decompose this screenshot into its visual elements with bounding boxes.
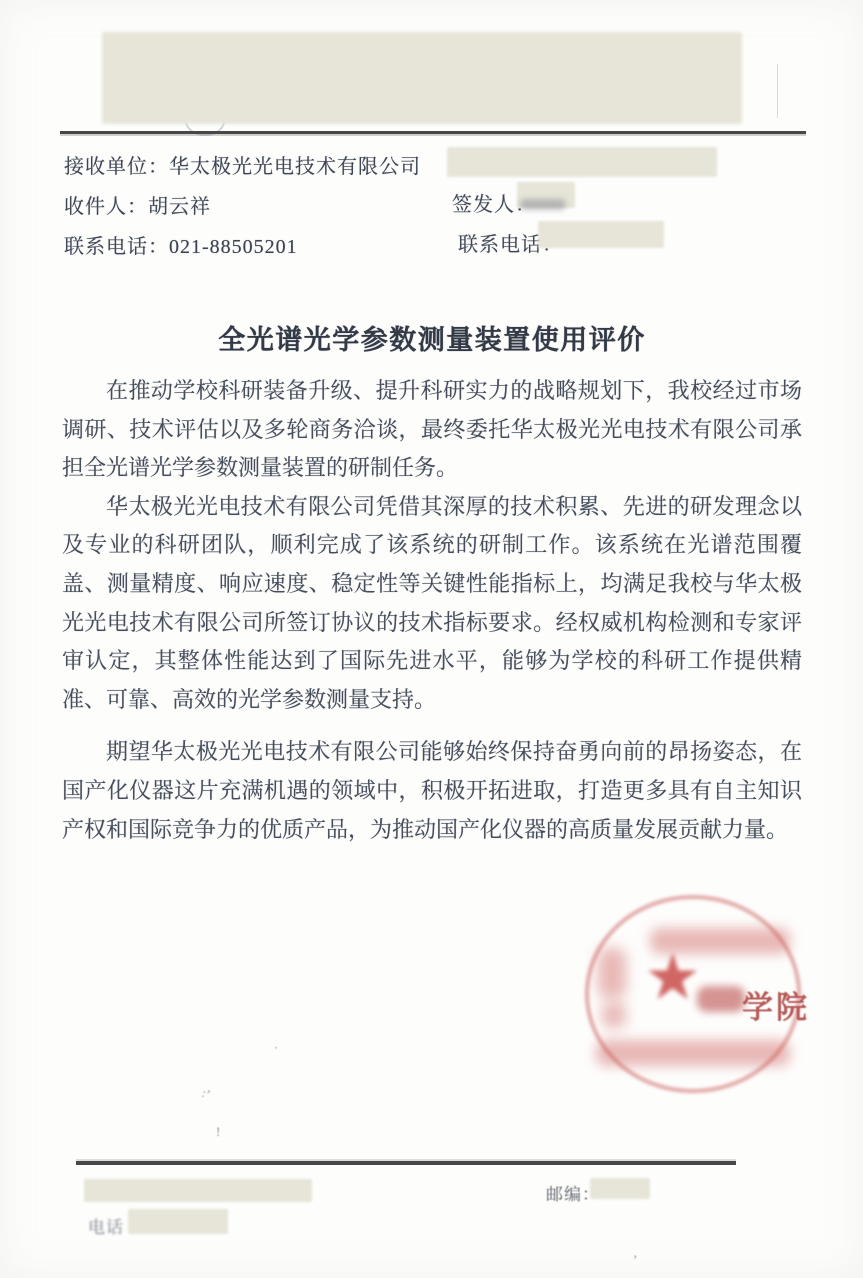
- issuer-phone-redaction: [538, 221, 664, 248]
- document-body: 在推动学校科研装备升级、提升科研实力的战略规划下，我校经过市场调研、技术评估以及…: [62, 372, 802, 849]
- scan-speck: ·: [274, 1040, 278, 1056]
- footer-divider-rule: [76, 1161, 736, 1165]
- issuer-signature-smudge: [520, 199, 566, 210]
- document-title: 全光谱光学参数测量装置使用评价: [62, 318, 802, 357]
- scan-speck: :’: [200, 1085, 213, 1103]
- footer-phone-redaction: [128, 1209, 228, 1234]
- letterhead-redaction-block: [102, 32, 742, 124]
- footer-address-redaction: [84, 1179, 312, 1202]
- paragraph-3: 期望华太极光光电技术有限公司能够始终保持奋勇向前的昂扬姿态，在国产化仪器这片充满…: [62, 733, 802, 849]
- seal-blurred-name-part: [697, 986, 745, 1012]
- recipient-row: 收件人：胡云祥: [64, 190, 211, 219]
- sender-phone-value: 021-88505201: [169, 236, 298, 258]
- sender-phone-row: 联系电话：021-88505201: [64, 230, 298, 259]
- paragraph-2: 华太极光光电技术有限公司凭借其深厚的技术积累、先进的研发理念以及专业的科研团队，…: [62, 488, 802, 720]
- recipient-value: 胡云祥: [148, 196, 211, 218]
- seal-star-icon: ★: [644, 946, 701, 1010]
- paragraph-1: 在推动学校科研装备升级、提升科研实力的战略规划下，我校经过市场调研、技术评估以及…: [62, 372, 802, 488]
- scan-speck: ’: [633, 1252, 637, 1268]
- recipient-org-label: 接收单位：: [64, 156, 169, 178]
- scan-artifact-line: [777, 64, 778, 118]
- seal-blurred-blob: [598, 948, 626, 998]
- scanned-document-page: 接收单位：华太极光光电技术有限公司 收件人：胡云祥 签发人： 联系电话：021-…: [0, 0, 863, 1278]
- footer-phone-label: 电话: [88, 1213, 124, 1238]
- header-divider-rule: [60, 131, 806, 134]
- seal-visible-text: 学院: [742, 982, 810, 1027]
- seal-blurred-date: [596, 1040, 790, 1066]
- seal-blurred-blob: [602, 1002, 626, 1028]
- recipient-org-row: 接收单位：华太极光光电技术有限公司: [64, 150, 421, 179]
- recipient-label: 收件人：: [64, 196, 148, 218]
- postcode-redaction: [590, 1178, 650, 1199]
- recipient-org-value: 华太极光光电技术有限公司: [169, 156, 421, 178]
- scan-speck: !: [216, 1124, 220, 1140]
- sender-phone-label: 联系电话：: [64, 236, 169, 258]
- header-redaction-1: [447, 147, 717, 177]
